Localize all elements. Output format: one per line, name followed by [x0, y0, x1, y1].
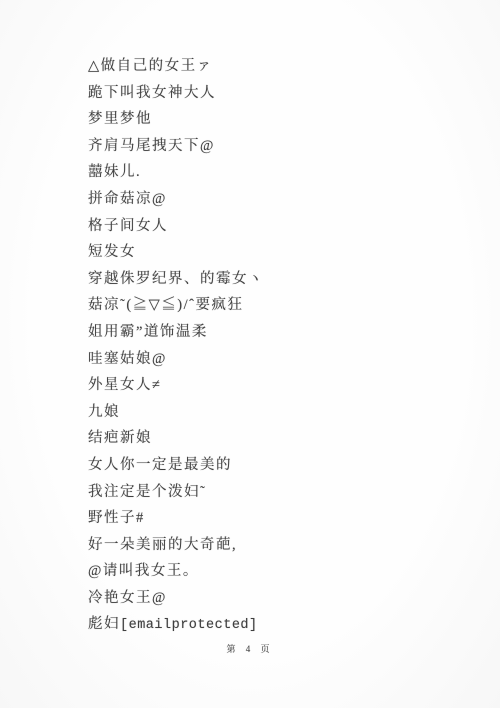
text-line-content: 九娘: [88, 404, 120, 420]
text-line-content: 菇凉˜(≧▽≦)/ˆ要疯狂: [88, 297, 244, 313]
text-line: 囍妹儿.: [88, 159, 480, 186]
text-line-content: 跪下叫我女神大人: [88, 85, 216, 101]
text-line-content: 哇塞姑娘@: [88, 351, 167, 367]
text-line-content: 梦里梦他: [88, 111, 152, 127]
text-line-content: 冷艳女王@: [88, 590, 167, 606]
text-line: 短发女: [88, 239, 480, 266]
text-line: 齐肩马尾拽天下@: [88, 133, 480, 160]
text-line-content: 短发女: [88, 244, 136, 260]
text-line: 我注定是个泼妇˜: [88, 479, 480, 506]
text-line: △做自己的女王ァ: [88, 53, 480, 80]
text-line: 梦里梦他: [88, 106, 480, 133]
text-line: 彪妇[emailprotected]: [88, 611, 480, 638]
email-protected-placeholder: [emailprotected]: [120, 618, 258, 633]
text-line-content: 格子间女人: [88, 218, 168, 234]
text-line: 好一朵美丽的大奇葩,: [88, 532, 480, 559]
text-line: @请叫我女王。: [88, 558, 480, 585]
text-line: 外星女人≠: [88, 372, 480, 399]
text-line-content: 外星女人≠: [88, 377, 161, 393]
text-line: 拼命菇凉@: [88, 186, 480, 213]
text-line: 野性子#: [88, 505, 480, 532]
page-number: 第 4 页: [0, 642, 500, 655]
text-line-content: 齐肩马尾拽天下@: [88, 138, 215, 154]
text-line: 格子间女人: [88, 213, 480, 240]
text-line-content: 囍妹儿.: [88, 164, 141, 180]
text-line: 九娘: [88, 399, 480, 426]
text-line: 菇凉˜(≧▽≦)/ˆ要疯狂: [88, 292, 480, 319]
text-line: 跪下叫我女神大人: [88, 80, 480, 107]
nickname-list: △做自己的女王ァ跪下叫我女神大人梦里梦他齐肩马尾拽天下@囍妹儿.拼命菇凉@格子间…: [88, 53, 480, 638]
text-line-content: 我注定是个泼妇˜: [88, 484, 206, 500]
text-line-content: 结疤新娘: [88, 430, 152, 446]
text-line: 女人你一定是最美的: [88, 452, 480, 479]
text-line-content: @请叫我女王。: [88, 563, 199, 579]
text-line: 冷艳女王@: [88, 585, 480, 612]
text-line-content: 彪妇: [88, 616, 120, 632]
text-line-content: △做自己的女王ァ: [88, 58, 213, 74]
text-line: 穿越侏罗纪界、的霉女ヽ: [88, 266, 480, 293]
text-line-content: 好一朵美丽的大奇葩,: [88, 537, 237, 553]
document-page: △做自己的女王ァ跪下叫我女神大人梦里梦他齐肩马尾拽天下@囍妹儿.拼命菇凉@格子间…: [0, 0, 500, 708]
text-line-content: 女人你一定是最美的: [88, 457, 232, 473]
text-line-content: 姐用霸”道饰温柔: [88, 324, 208, 340]
text-line: 结疤新娘: [88, 425, 480, 452]
text-line-content: 拼命菇凉@: [88, 191, 167, 207]
text-line: 姐用霸”道饰温柔: [88, 319, 480, 346]
text-line: 哇塞姑娘@: [88, 346, 480, 373]
text-line-content: 野性子#: [88, 510, 145, 526]
text-line-content: 穿越侏罗纪界、的霉女ヽ: [88, 271, 264, 287]
